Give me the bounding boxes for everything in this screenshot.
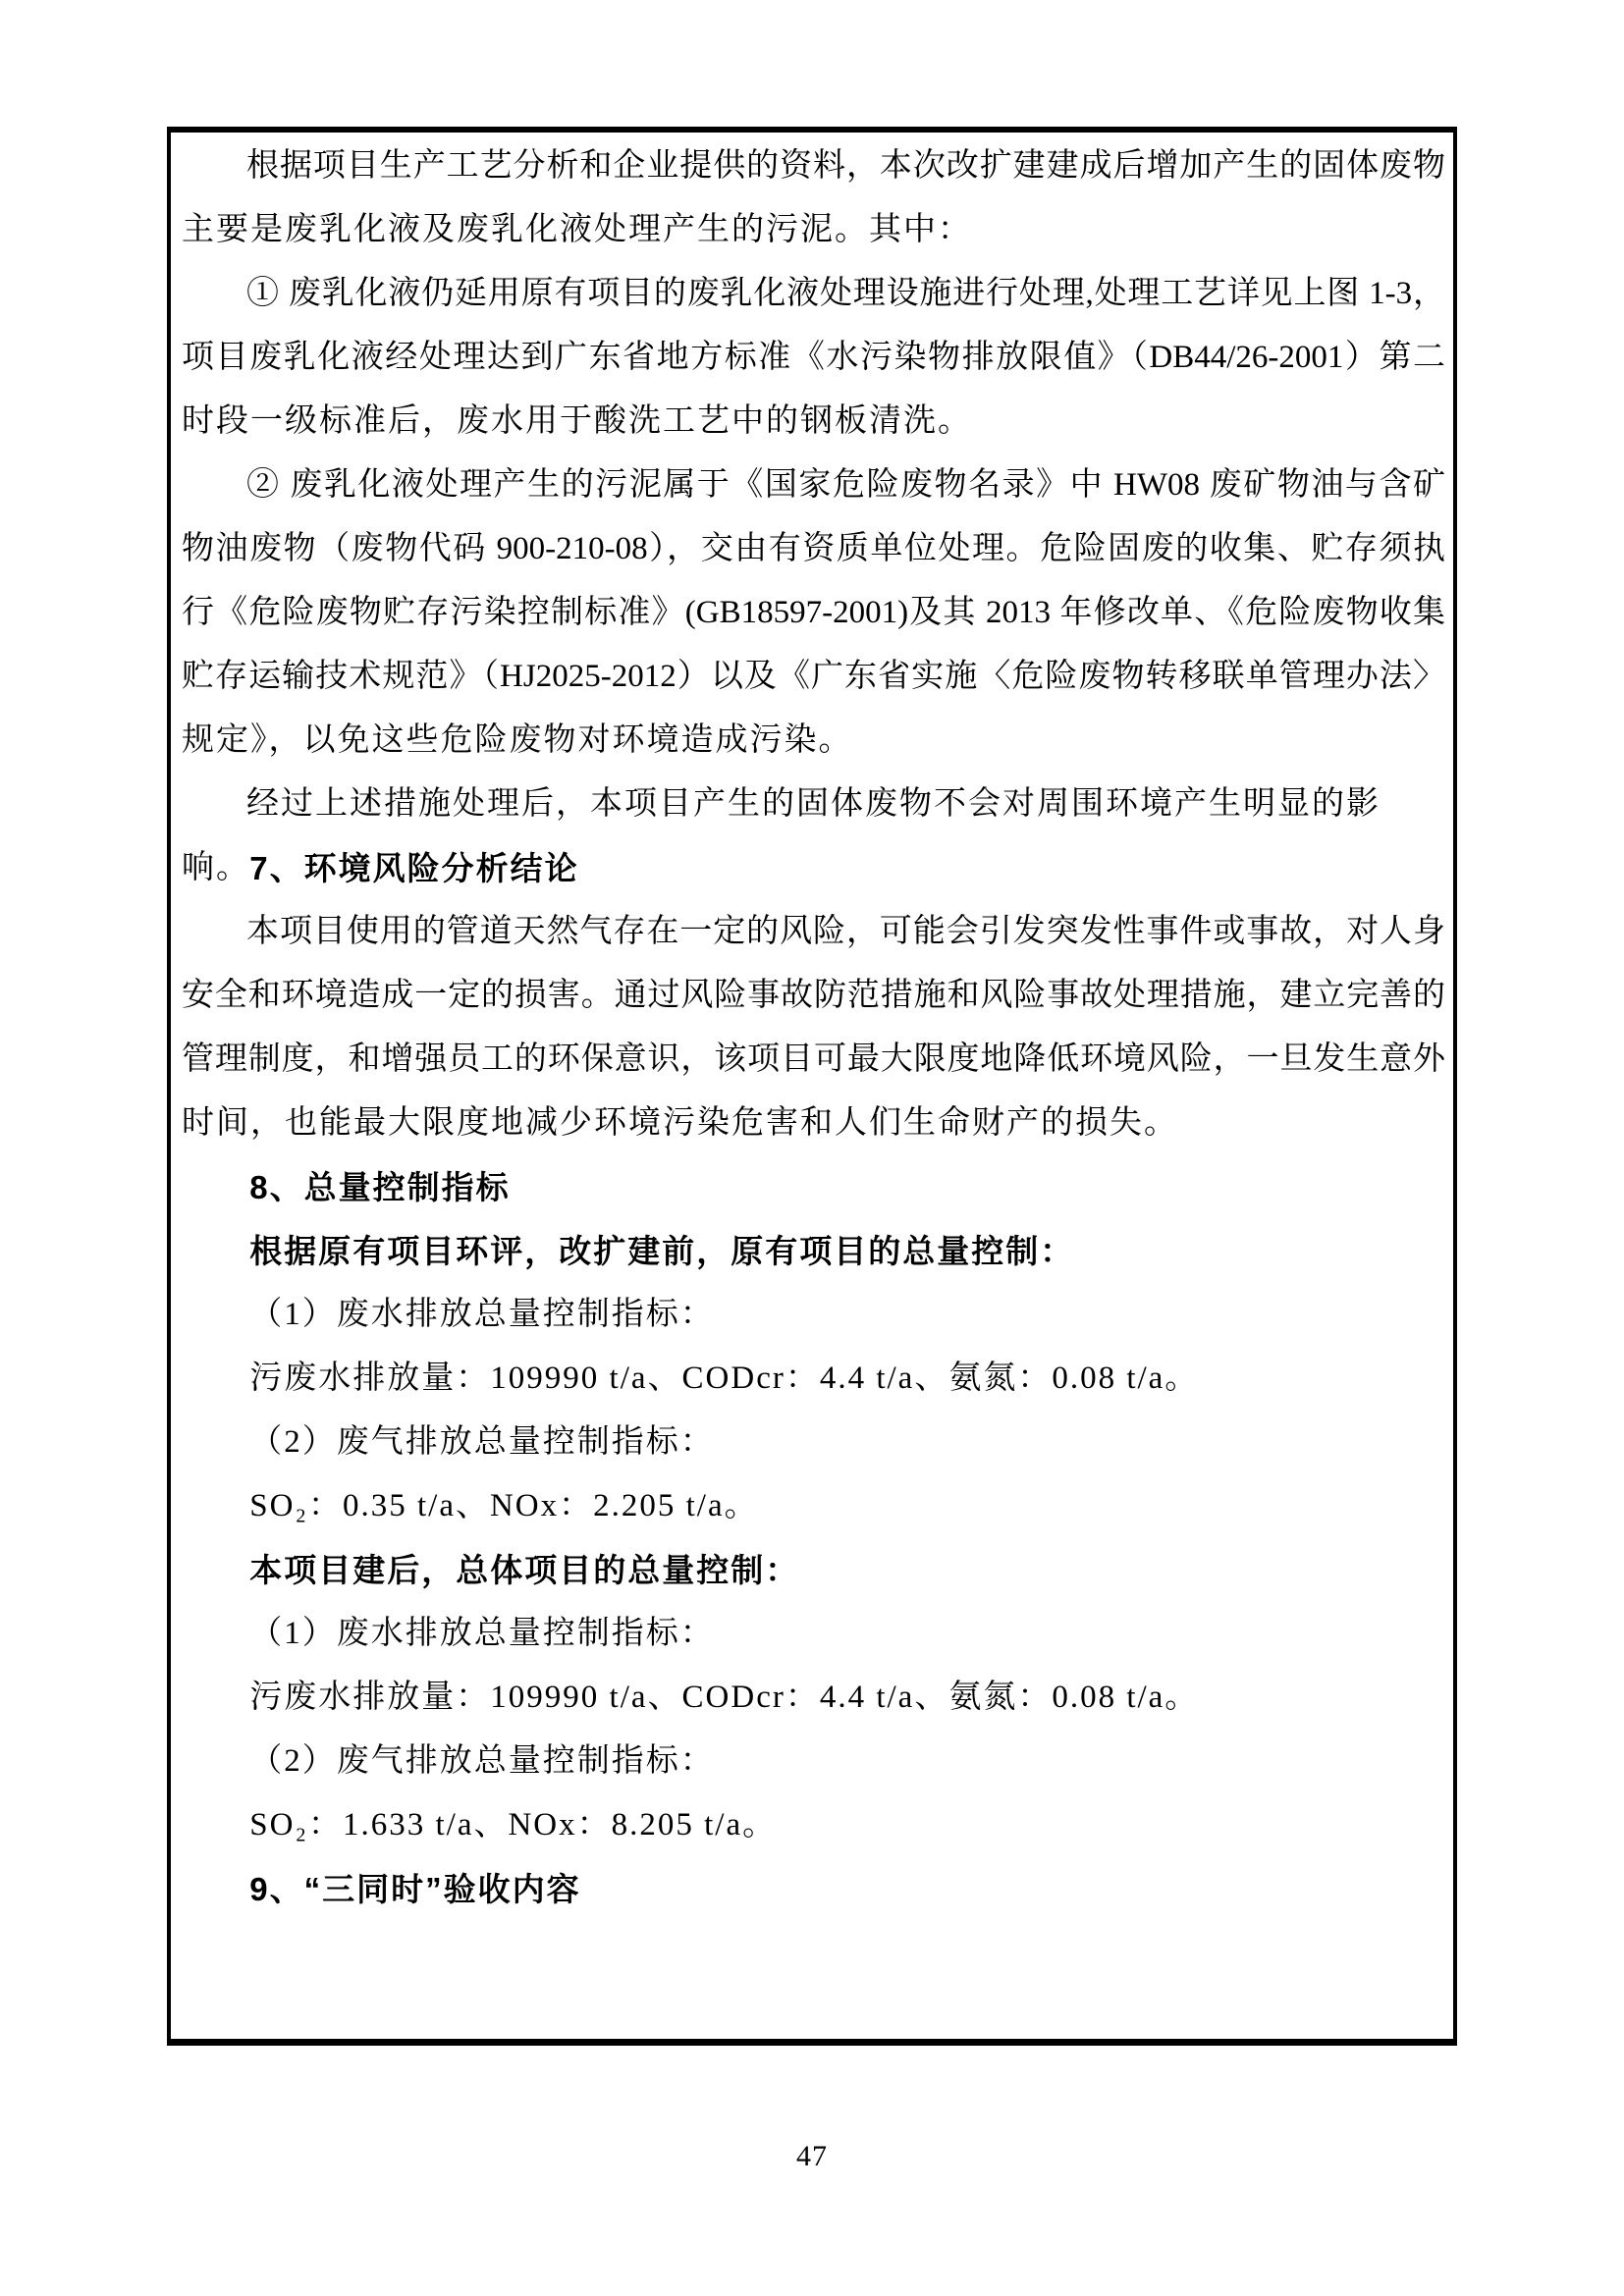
paragraph-line: 经过上述措施处理后，本项目产生的固体废物不会对周围环境产生明显的影响。 (182, 773, 1445, 836)
section-heading-9: 9、“三同时”验收内容 (182, 1857, 1445, 1921)
page-number: 47 (0, 2140, 1624, 2173)
subheading-after-project: 本项目建后，总体项目的总量控制： (182, 1538, 1445, 1602)
numbered-item-line: ② 废乳化液处理产生的污泥属于《国家危险废物名录》中 HW08 废矿物油与含矿 (182, 454, 1445, 517)
document-page: { "page": { "number": "47" }, "content":… (0, 0, 1624, 2296)
list-item-wastewater: （1）废水排放总量控制指标： (182, 1283, 1445, 1347)
content-border: 根据项目生产工艺分析和企业提供的资料，本次改扩建建成后增加产生的固体废物 主要是… (167, 127, 1457, 2046)
numbered-item-line: ① 废乳化液仍延用原有项目的废乳化液处理设施进行处理,处理工艺详见上图 1-3， (182, 262, 1445, 326)
subheading-before-project: 根据原有项目环评，改扩建前，原有项目的总量控制： (182, 1219, 1445, 1283)
paragraph-line: 主要是废乳化液及废乳化液处理产生的污泥。其中： (182, 198, 1445, 262)
section-heading-8: 8、总量控制指标 (182, 1155, 1445, 1219)
paragraph-line: 物油废物（废物代码 900-210-08），交由有资质单位处理。危险固废的收集、… (182, 517, 1445, 581)
data-line-wastewater: 污废水排放量：109990 t/a、CODcr：4.4 t/a、氨氮：0.08 … (182, 1347, 1445, 1411)
data-line-wastewater: 污废水排放量：109990 t/a、CODcr：4.4 t/a、氨氮：0.08 … (182, 1666, 1445, 1730)
paragraph-line: 贮存运输技术规范》（HJ2025-2012）以及《广东省实施〈危险废物转移联单管… (182, 645, 1445, 709)
data-line-exhaust: SO₂：1.633 t/a、NOx：8.205 t/a。 (182, 1793, 1445, 1857)
paragraph-line: 管理制度，和增强员工的环保意识，该项目可最大限度地降低环境风险，一旦发生意外 (182, 1028, 1445, 1092)
data-line-exhaust: SO₂：0.35 t/a、NOx：2.205 t/a。 (182, 1474, 1445, 1538)
paragraph-line: 时间，也能最大限度地减少环境污染危害和人们生命财产的损失。 (182, 1092, 1445, 1155)
paragraph-line: 项目废乳化液经处理达到广东省地方标准《水污染物排放限值》（DB44/26-200… (182, 326, 1445, 390)
paragraph-line: 根据项目生产工艺分析和企业提供的资料，本次改扩建建成后增加产生的固体废物 (182, 134, 1445, 198)
paragraph-line: 行《危险废物贮存污染控制标准》(GB18597-2001)及其 2013 年修改… (182, 581, 1445, 645)
paragraph-line: 安全和环境造成一定的损害。通过风险事故防范措施和风险事故处理措施，建立完善的 (182, 964, 1445, 1028)
section-heading-7: 7、环境风险分析结论 (182, 836, 1445, 900)
paragraph-line: 时段一级标准后，废水用于酸洗工艺中的钢板清洗。 (182, 390, 1445, 454)
list-item-exhaust: （2）废气排放总量控制指标： (182, 1730, 1445, 1793)
list-item-wastewater: （1）废水排放总量控制指标： (182, 1602, 1445, 1666)
paragraph-line: 规定》，以免这些危险废物对环境造成污染。 (182, 709, 1445, 773)
paragraph-line: 本项目使用的管道天然气存在一定的风险，可能会引发突发性事件或事故，对人身 (182, 900, 1445, 964)
list-item-exhaust: （2）废气排放总量控制指标： (182, 1411, 1445, 1474)
